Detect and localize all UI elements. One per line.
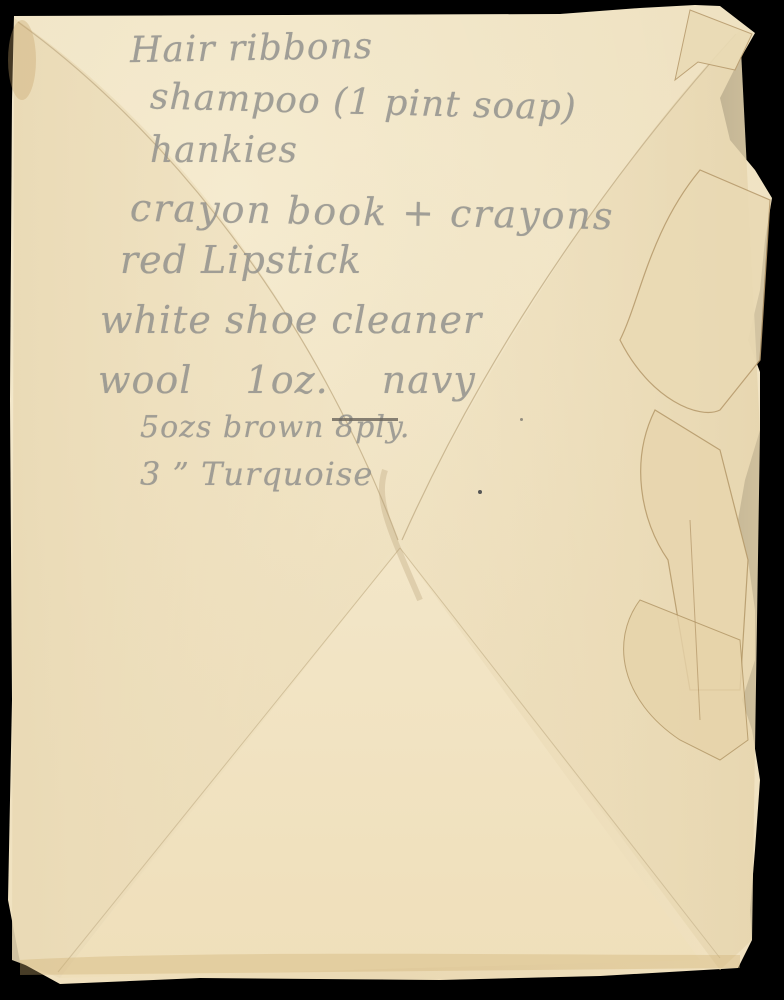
pencil-dot xyxy=(520,418,523,421)
list-line-shampoo: shampoo (1 pint soap) xyxy=(150,76,578,128)
list-line-wool-brown: 5ozs brown 8ply. xyxy=(140,410,410,445)
list-line-wool-turquoise: 3 ” Turquoise xyxy=(140,455,373,493)
list-line-wool-navy: wool 1oz. navy xyxy=(98,358,476,402)
pencil-dot xyxy=(478,490,482,494)
list-line-hankies: hankies xyxy=(150,130,298,171)
list-line-crayons: crayon book + crayons xyxy=(130,186,615,238)
list-line-lipstick: red Lipstick xyxy=(120,238,362,282)
strikethrough-mark xyxy=(332,418,398,421)
scan-background: Hair ribbons shampoo (1 pint soap) hanki… xyxy=(0,0,784,1000)
list-line-hair-ribbons: Hair ribbons xyxy=(130,26,374,71)
list-line-shoe-cleaner: white shoe cleaner xyxy=(100,298,482,342)
shopping-list: Hair ribbons shampoo (1 pint soap) hanki… xyxy=(0,0,784,1000)
